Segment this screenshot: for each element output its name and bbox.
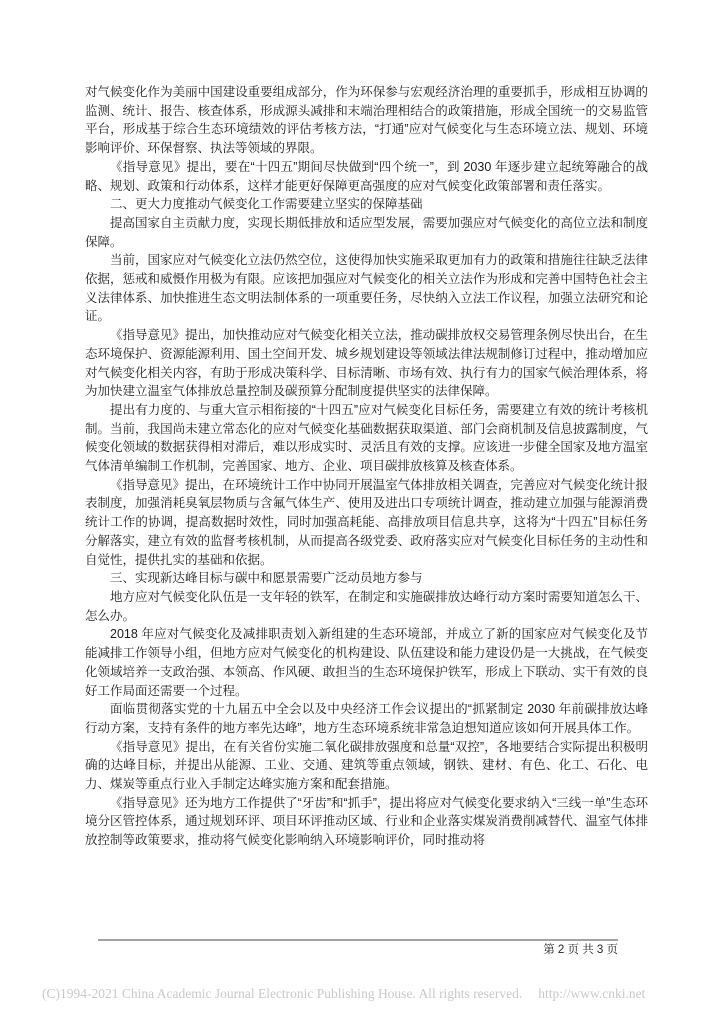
- paragraph: 当前，国家应对气候变化立法仍然空位，这使得加快实施采取更加有力的政策和措施往往缺…: [85, 251, 648, 326]
- page-number: 第 2 页 共 3 页: [98, 943, 618, 958]
- paragraph: 提高国家自主贡献力度，实现长期低排放和适应型发展，需要加强应对气候变化的高位立法…: [85, 214, 648, 251]
- paragraph: 《指导意见》还为地方工作提供了“牙齿”和“抓手”，提出将应对气候变化要求纳入“三…: [85, 794, 648, 850]
- section-heading: 三、实现新达峰目标与碳中和愿景需要广泛动员地方参与: [85, 569, 648, 588]
- paragraph: 提出有力度的、与重大宣示相衔接的“十四五”应对气候变化目标任务，需要建立有效的统…: [85, 401, 648, 476]
- copyright-text: (C)1994-2021 China Academic Journal Elec…: [42, 986, 522, 1001]
- paragraph: 《指导意见》提出，要在“十四五”期间尽快做到“四个统一”，到 2030 年逐步建…: [85, 158, 648, 195]
- paragraph: 2018 年应对气候变化及减排职责划入新组建的生态环境部，并成立了新的国家应对气…: [85, 625, 648, 700]
- cnki-url: http://www.cnki.net: [538, 986, 645, 1001]
- section-heading: 二、更大力度推动气候变化工作需要建立坚实的保障基础: [85, 195, 648, 214]
- paragraph: 面临贯彻落实党的十九届五中全会以及中央经济工作会议提出的“抓紧制定 2030 年…: [85, 700, 648, 737]
- footer-divider: [98, 939, 618, 941]
- paragraph: 《指导意见》提出，在有关省份实施二氧化碳排放强度和总量“双控”，各地要结合实际提…: [85, 738, 648, 794]
- paragraph: 地方应对气候变化队伍是一支年轻的铁军，在制定和实施碳排放达峰行动方案时需要知道怎…: [85, 588, 648, 625]
- document-page: 对气候变化作为美丽中国建设重要组成部分，作为环保参与宏观经济治理的重要抓手，形成…: [0, 0, 724, 1024]
- paragraph: 《指导意见》提出，在环境统计工作中协同开展温室气体排放相关调查，完善应对气候变化…: [85, 476, 648, 570]
- copyright-watermark: (C)1994-2021 China Academic Journal Elec…: [42, 985, 702, 1002]
- document-body: 对气候变化作为美丽中国建设重要组成部分，作为环保参与宏观经济治理的重要抓手，形成…: [85, 83, 648, 850]
- paragraph: 对气候变化作为美丽中国建设重要组成部分，作为环保参与宏观经济治理的重要抓手，形成…: [85, 83, 648, 158]
- paragraph: 《指导意见》提出，加快推动应对气候变化相关立法，推动碳排放权交易管理条例尽快出台…: [85, 326, 648, 401]
